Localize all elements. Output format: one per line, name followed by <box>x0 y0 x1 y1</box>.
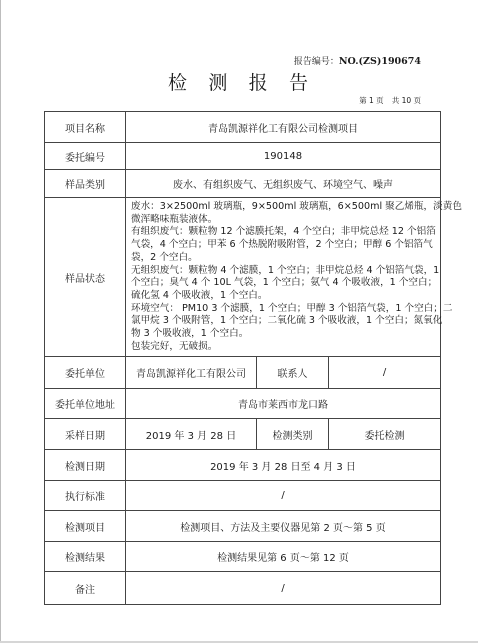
test-type-label: 检测类别 <box>257 419 329 450</box>
commission-no-value: 190148 <box>126 143 441 170</box>
table-row-test-date: 检测日期 2019 年 3 月 28 日至 4 月 3 日 <box>45 450 441 481</box>
test-results-label: 检测结果 <box>45 542 126 572</box>
test-results-value: 检测结果见第 6 页～第 12 页 <box>126 542 441 572</box>
sample-state-line: 包装完好，无破损。 <box>131 341 436 354</box>
sample-state-label: 样品状态 <box>45 198 126 357</box>
sampling-date-value: 2019 年 3 月 28 日 <box>126 419 257 450</box>
title-char: 报 <box>249 68 268 95</box>
sample-state-line: 废水：3×2500ml 玻璃瓶，9×500ml 玻璃瓶，6×500ml 聚乙烯瓶… <box>131 201 436 214</box>
title-char: 测 <box>208 68 227 95</box>
client-address-label: 委托单位地址 <box>45 389 126 419</box>
contact-value: / <box>329 357 441 389</box>
sample-state-line: 氯甲烷 3 个吸附管，1 个空白；二氧化硫 3 个吸收液，1 个空白；氮氧化 <box>131 315 436 328</box>
table-row-test-items: 检测项目 检测项目、方法及主要仪器见第 2 页～第 5 页 <box>45 511 441 542</box>
table-row-standard: 执行标准 / <box>45 481 441 511</box>
sample-state-line: 袋，2 个空白。 <box>131 252 436 265</box>
sample-state-line: 硫化氢 4 个吸收液，1 个空白。 <box>131 290 436 303</box>
test-items-label: 检测项目 <box>45 511 126 542</box>
report-number: 报告编号：NO.(ZS)190674 <box>294 54 421 67</box>
remarks-value: / <box>126 572 441 605</box>
table-row-sampling-date: 采样日期 2019 年 3 月 28 日 检测类别 委托检测 <box>45 419 441 450</box>
sample-state-value: 废水：3×2500ml 玻璃瓶，9×500ml 玻璃瓶，6×500ml 聚乙烯瓶… <box>126 198 441 357</box>
title-char: 告 <box>289 68 308 95</box>
sample-state-line: 物 3 个吸收液，1 个空白。 <box>131 328 436 341</box>
standard-value: / <box>126 481 441 511</box>
table-row-sample-state: 样品状态 废水：3×2500ml 玻璃瓶，9×500ml 玻璃瓶，6×500ml… <box>45 198 441 357</box>
sampling-date-label: 采样日期 <box>45 419 126 450</box>
title-char: 检 <box>168 68 187 95</box>
table-row-client: 委托单位 青岛凯源祥化工有限公司 联系人 / <box>45 357 441 389</box>
table-row-sample-category: 样品类别 废水、有组织废气、无组织废气、环境空气、噪声 <box>45 170 441 198</box>
test-items-value: 检测项目、方法及主要仪器见第 2 页～第 5 页 <box>126 511 441 542</box>
project-name-value: 青岛凯源祥化工有限公司检测项目 <box>126 112 441 143</box>
remarks-label: 备注 <box>45 572 126 605</box>
table-row-project-name: 项目名称 青岛凯源祥化工有限公司检测项目 <box>45 112 441 143</box>
sample-category-value: 废水、有组织废气、无组织废气、环境空气、噪声 <box>126 170 441 198</box>
contact-label: 联系人 <box>257 357 329 389</box>
report-number-value: NO.(ZS)190674 <box>339 56 421 67</box>
standard-label: 执行标准 <box>45 481 126 511</box>
report-number-label: 报告编号： <box>294 57 339 67</box>
project-name-label: 项目名称 <box>45 112 126 143</box>
page-edge-left <box>0 0 1 643</box>
page-total: 共 10 页 <box>392 96 421 105</box>
table-row-test-results: 检测结果 检测结果见第 6 页～第 12 页 <box>45 542 441 572</box>
sample-category-label: 样品类别 <box>45 170 126 198</box>
page-info: 第 1 页共 10 页 <box>359 95 421 106</box>
sample-state-line: 气袋，4 个空白；甲苯 6 个热脱附吸附管，2 个空白；甲醇 6 个铝箔气 <box>131 239 436 252</box>
page-title: 检 测 报 告 <box>168 68 308 95</box>
table-row-commission-no: 委托编号 190148 <box>45 143 441 170</box>
commission-no-label: 委托编号 <box>45 143 126 170</box>
test-date-label: 检测日期 <box>45 450 126 481</box>
test-date-value: 2019 年 3 月 28 日至 4 月 3 日 <box>126 450 441 481</box>
page-current: 第 1 页 <box>359 96 384 105</box>
table-row-client-address: 委托单位地址 青岛市莱西市龙口路 <box>45 389 441 419</box>
test-type-value: 委托检测 <box>329 419 441 450</box>
client-label: 委托单位 <box>45 357 126 389</box>
client-value: 青岛凯源祥化工有限公司 <box>126 357 257 389</box>
table-row-remarks: 备注 / <box>45 572 441 605</box>
sample-state-line: 环境空气： PM10 3 个滤膜，1 个空白；甲醇 3 个铝箔气袋，1 个空白；… <box>131 303 436 316</box>
client-address-value: 青岛市莱西市龙口路 <box>126 389 441 419</box>
sample-state-line: 无组织废气：颗粒物 4 个滤膜，1 个空白；非甲烷总烃 4 个铝箔气袋，1 <box>131 265 436 278</box>
sample-state-line: 个空白；臭气 4 个 10L 气袋，1 个空白；氨气 4 个吸收液，1 个空白； <box>131 277 436 290</box>
sample-state-line: 微浑略味瓶装液体。 <box>131 214 436 227</box>
sample-state-line: 有组织废气：颗粒物 12 个滤膜托架，4 个空白；非甲烷总烃 12 个铝箔 <box>131 226 436 239</box>
report-table: 项目名称 青岛凯源祥化工有限公司检测项目 委托编号 190148 样品类别 废水… <box>44 111 441 605</box>
